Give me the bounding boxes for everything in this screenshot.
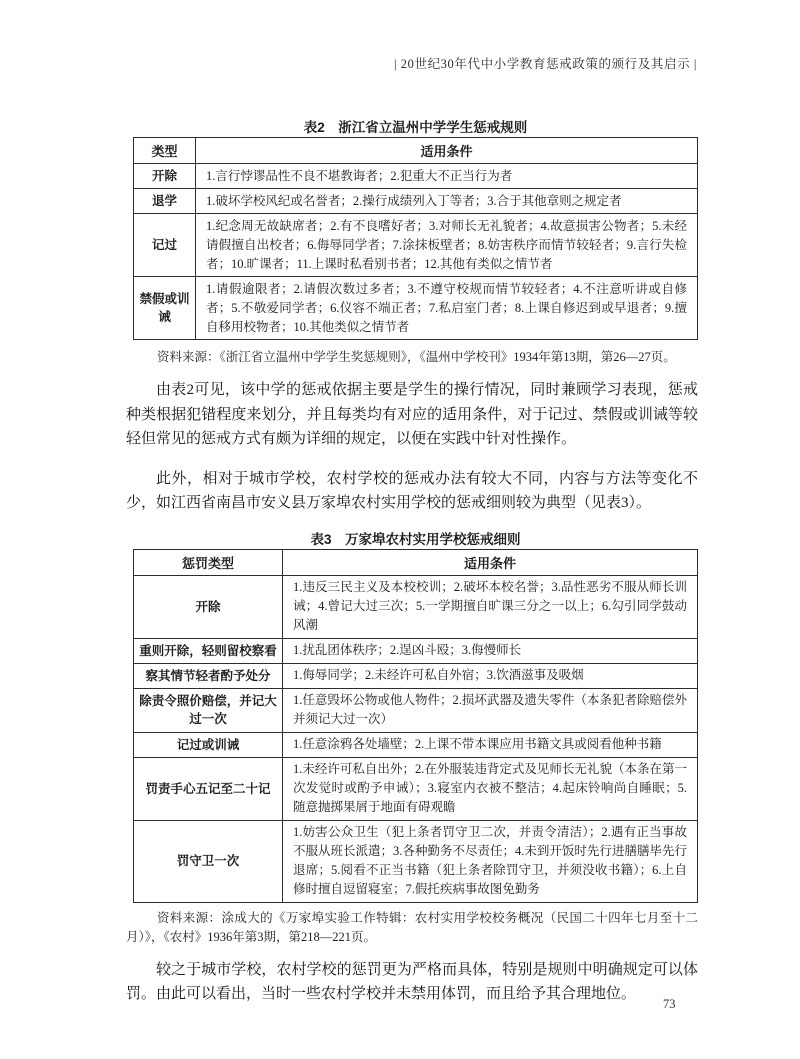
- body-paragraph: 由表2可见，该中学的惩戒依据主要是学生的操行情况，同时兼顾学习表现，惩戒种类根据…: [126, 378, 698, 452]
- table2-source-note: 资料来源：《浙江省立温州中学学生奖惩规则》，《温州中学校刊》1934年第13期，…: [126, 348, 698, 367]
- table3-column-header-type: 惩罚类型: [134, 549, 283, 575]
- table3-punishment-rules: 惩罚类型 适用条件 开除 1.违反三民主义及本校校训；2.破坏本校名誉；3.品性…: [133, 549, 698, 903]
- table-row: 记过或训诫 1.任意涂鸦各处墙壁；2.上课不带本课应用书籍文具或阅看他种书籍: [134, 732, 698, 757]
- punishment-type-cell: 开除: [134, 164, 196, 189]
- punishment-type-cell: 记过或训诫: [134, 732, 283, 757]
- conditions-cell: 1.破坏学校风纪或名誉者；2.操行成绩列入丁等者；3.合于其他章则之规定者: [196, 189, 698, 214]
- punishment-type-cell: 禁假或训诫: [134, 277, 196, 340]
- table-row: 除责令照价赔偿，并记大过一次 1.任意毁坏公物或他人物件；2.损坏武器及遗失零件…: [134, 688, 698, 732]
- table-row: 罚守卫一次 1.妨害公众卫生（犯上条者罚守卫二次，并责令清洁）；2.遇有正当事故…: [134, 820, 698, 902]
- table2-punishment-rules: 类型 适用条件 开除 1.言行悖谬品性不良不堪教诲者；2.犯重大不正当行为者 退…: [133, 137, 698, 340]
- punishment-type-cell: 察其情节轻者酌予处分: [134, 663, 283, 688]
- table-row: 退学 1.破坏学校风纪或名誉者；2.操行成绩列入丁等者；3.合于其他章则之规定者: [134, 189, 698, 214]
- table-row: 开除 1.言行悖谬品性不良不堪教诲者；2.犯重大不正当行为者: [134, 164, 698, 189]
- punishment-type-cell: 开除: [134, 575, 283, 638]
- body-paragraph: 较之于城市学校，农村学校的惩罚更为严格而具体，特别是规则中明确规定可以体罚。由此…: [126, 958, 698, 1007]
- punishment-type-cell: 重则开除，轻则留校察看: [134, 638, 283, 663]
- conditions-cell: 1.纪念周无故缺席者；2.有不良嗜好者；3.对师长无礼貌者；4.故意损害公物者；…: [196, 214, 698, 277]
- conditions-cell: 1.任意涂鸦各处墙壁；2.上课不带本课应用书籍文具或阅看他种书籍: [283, 732, 698, 757]
- table2-column-header-conditions: 适用条件: [196, 138, 698, 164]
- table3-source-note: 资料来源：涂成大的《万家埠实验工作特辑：农村实用学校校务概况（民国二十四年七月至…: [126, 909, 698, 947]
- conditions-cell: 1.言行悖谬品性不良不堪教诲者；2.犯重大不正当行为者: [196, 164, 698, 189]
- punishment-type-cell: 罚责手心五记至二十记: [134, 757, 283, 820]
- punishment-type-cell: 记过: [134, 214, 196, 277]
- document-page: | 20世纪30年代中小学教育惩戒政策的颁行及其启示 | 表2 浙江省立温州中学…: [0, 0, 800, 1059]
- punishment-type-cell: 退学: [134, 189, 196, 214]
- conditions-cell: 1.未经许可私自出外；2.在外服装违背定式及见师长无礼貌（本条在第一次发觉时或酌…: [283, 757, 698, 820]
- table-row: 开除 1.违反三民主义及本校校训；2.破坏本校名誉；3.品性恶劣不服从师长训诫；…: [134, 575, 698, 638]
- table-row: 罚责手心五记至二十记 1.未经许可私自出外；2.在外服装违背定式及见师长无礼貌（…: [134, 757, 698, 820]
- page-number: 73: [663, 997, 676, 1012]
- conditions-cell: 1.侮辱同学；2.未经许可私自外宿；3.饮酒滋事及吸烟: [283, 663, 698, 688]
- table2-column-header-type: 类型: [134, 138, 196, 164]
- table-row: 记过 1.纪念周无故缺席者；2.有不良嗜好者；3.对师长无礼貌者；4.故意损害公…: [134, 214, 698, 277]
- table3-caption: 表3 万家埠农村实用学校惩戒细则: [133, 531, 698, 549]
- table2-caption: 表2 浙江省立温州中学学生惩戒规则: [133, 119, 698, 137]
- conditions-cell: 1.请假逾限者；2.请假次数过多者；3.不遵守校规而情节较轻者；4.不注意听讲或…: [196, 277, 698, 340]
- conditions-cell: 1.任意毁坏公物或他人物件；2.损坏武器及遗失零件（本条犯者除赔偿外并须记大过一…: [283, 688, 698, 732]
- table2-header-row: 类型 适用条件: [134, 138, 698, 164]
- body-paragraph: 此外，相对于城市学校，农村学校的惩戒办法有较大不同，内容与方法等变化不少，如江西…: [126, 467, 698, 516]
- conditions-cell: 1.扰乱团体秩序；2.逞凶斗殴；3.侮慢师长: [283, 638, 698, 663]
- table-row: 禁假或训诫 1.请假逾限者；2.请假次数过多者；3.不遵守校规而情节较轻者；4.…: [134, 277, 698, 340]
- table-row: 重则开除，轻则留校察看 1.扰乱团体秩序；2.逞凶斗殴；3.侮慢师长: [134, 638, 698, 663]
- conditions-cell: 1.违反三民主义及本校校训；2.破坏本校名誉；3.品性恶劣不服从师长训诫；4.曾…: [283, 575, 698, 638]
- punishment-type-cell: 罚守卫一次: [134, 820, 283, 902]
- table-row: 察其情节轻者酌予处分 1.侮辱同学；2.未经许可私自外宿；3.饮酒滋事及吸烟: [134, 663, 698, 688]
- punishment-type-cell: 除责令照价赔偿，并记大过一次: [134, 688, 283, 732]
- table3-column-header-conditions: 适用条件: [283, 549, 698, 575]
- page-content: 表2 浙江省立温州中学学生惩戒规则 类型 适用条件 开除 1.言行悖谬品性不良不…: [126, 0, 698, 1022]
- table3-header-row: 惩罚类型 适用条件: [134, 549, 698, 575]
- conditions-cell: 1.妨害公众卫生（犯上条者罚守卫二次，并责令清洁）；2.遇有正当事故不服从班长派…: [283, 820, 698, 902]
